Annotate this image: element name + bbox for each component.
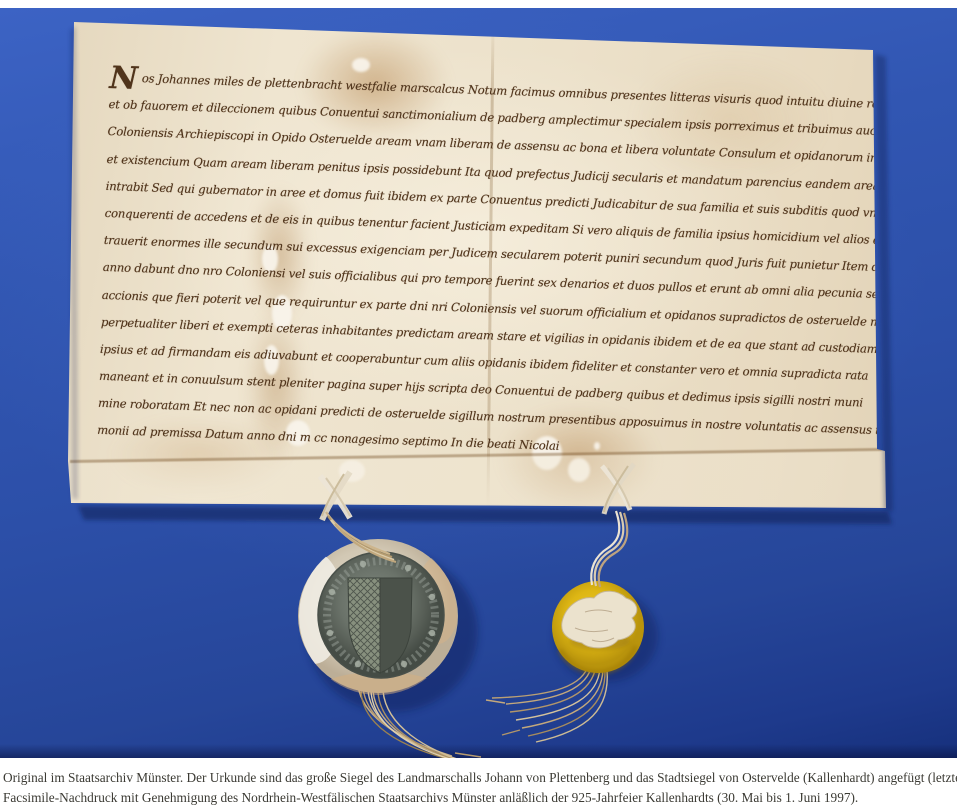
manuscript-text: Nos Johannes miles de plettenbracht west…: [97, 64, 862, 471]
caption-line-2: Facsimile-Nachdruck mit Genehmigung des …: [0, 788, 957, 808]
caption: Original im Staatsarchiv Münster. Der Ur…: [0, 758, 957, 809]
caption-line-1: Original im Staatsarchiv Münster. Der Ur…: [0, 768, 957, 788]
damage-patch: [352, 58, 370, 72]
page: Nos Johannes miles de plettenbracht west…: [0, 0, 957, 809]
